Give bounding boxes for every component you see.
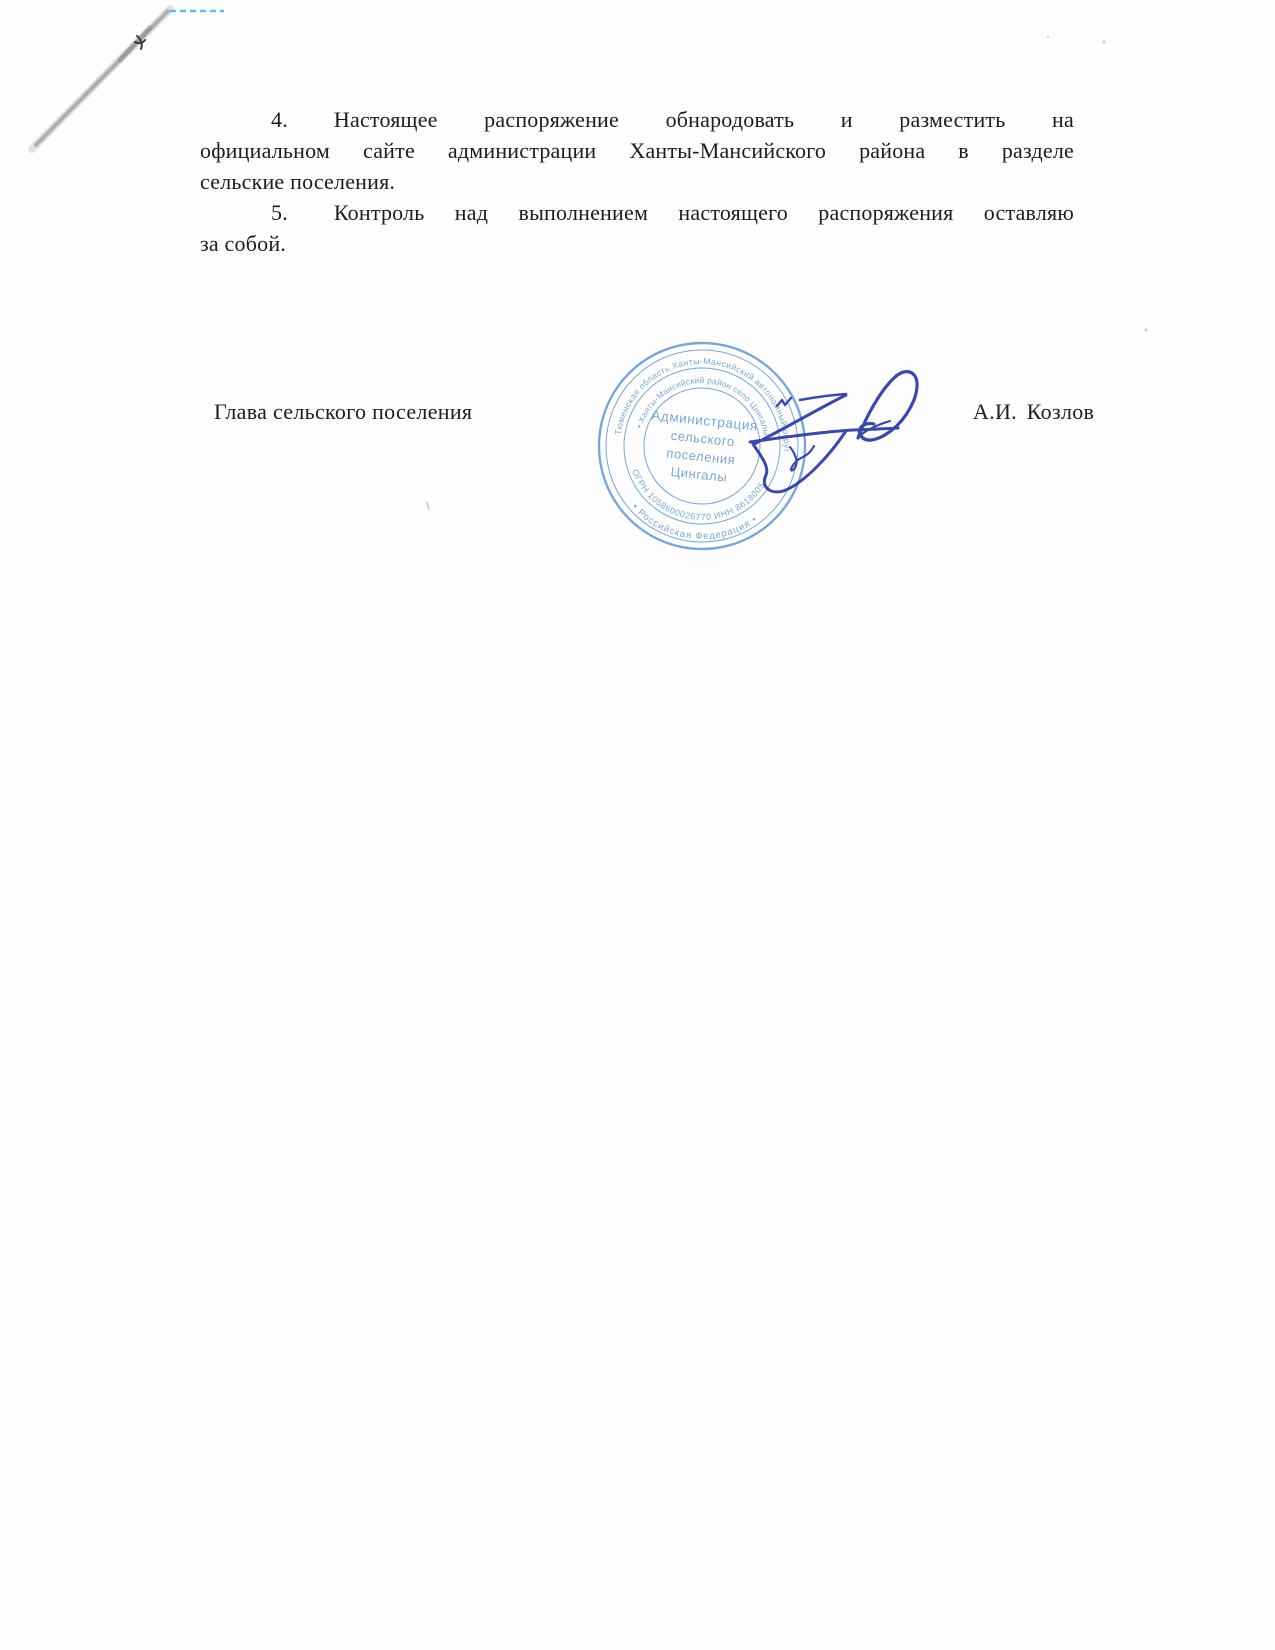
stamp-center-line-1: Администрация (651, 408, 759, 434)
paragraph-5-number: 5. (271, 197, 288, 228)
paragraph-5-text-2: за собой. (200, 231, 286, 256)
paragraph-4-text-2: официальном сайте администрации Ханты-Ма… (200, 138, 1074, 163)
paragraph-5-text-1: Контроль над выполнением настоящего расп… (334, 200, 1074, 225)
stamp-center-line-4: Цингалы (670, 464, 728, 485)
pen-mark-icon (135, 36, 145, 49)
paragraph-4-text-1: Настоящее распоряжение обнародовать и ра… (334, 107, 1074, 132)
document-body: 4.Настоящее распоряжение обнародовать и … (200, 104, 1074, 259)
paragraph-4-line-3: сельские поселения. (200, 166, 1074, 197)
paragraph-5-line-1: 5.Контроль над выполнением настоящего ра… (200, 197, 1074, 228)
scan-fold-line (32, 9, 170, 149)
signatory-name: А.И. Козлов (973, 396, 1094, 427)
paragraph-4-number: 4. (271, 104, 288, 135)
paragraph-4-line-1: 4.Настоящее распоряжение обнародовать и … (200, 104, 1074, 135)
scanned-document-page: 4.Настоящее распоряжение обнародовать и … (0, 0, 1275, 1650)
signatory-title: Глава сельского поселения (214, 396, 472, 427)
stamp-outer-ring (592, 336, 812, 556)
paragraph-4-text-3: сельские поселения. (200, 169, 395, 194)
paragraph-4-line-2: официальном сайте администрации Ханты-Ма… (200, 135, 1074, 166)
paragraph-5-line-2: за собой. (200, 228, 1074, 259)
official-stamp-icon: Тюменская область Ханты-Мансийский автон… (592, 336, 812, 556)
